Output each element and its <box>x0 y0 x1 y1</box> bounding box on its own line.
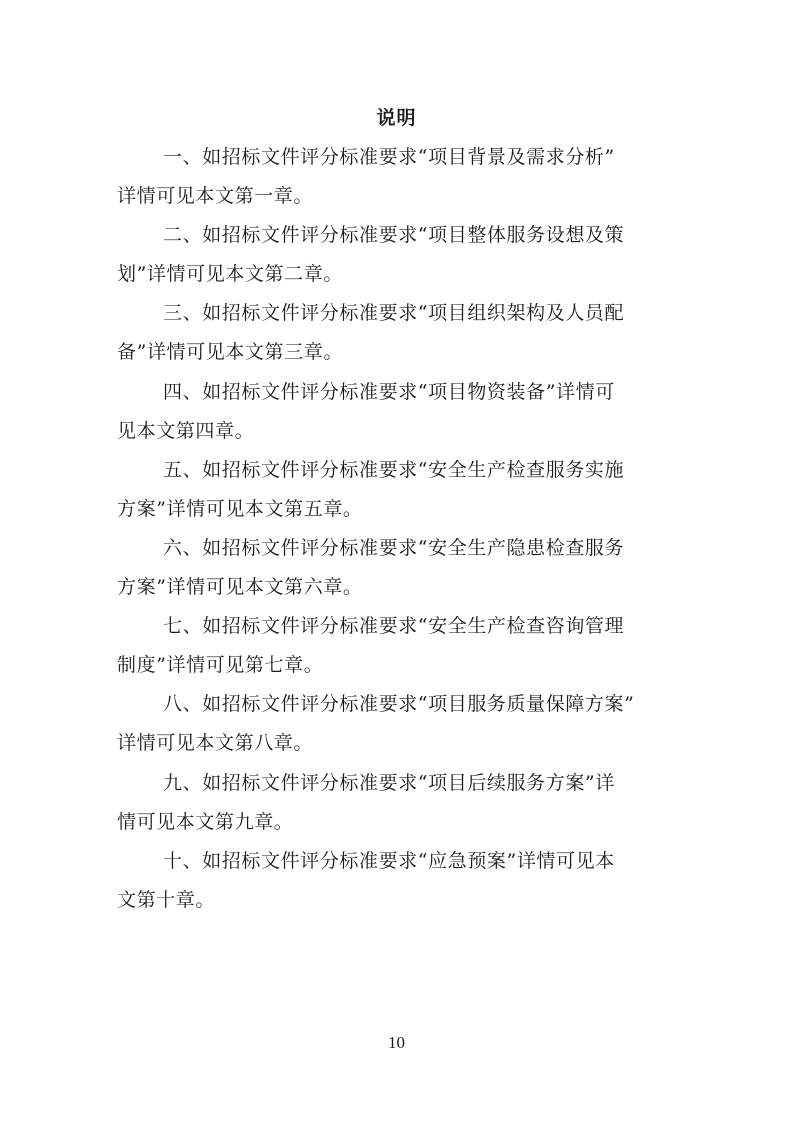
paragraph-line: 十、如招标文件评分标准要求“应急预案”详情可见本 <box>117 846 679 885</box>
document-body: 一、如招标文件评分标准要求“项目背景及需求分析” 详情可见本文第一章。 二、如招… <box>117 142 679 924</box>
paragraph-3: 三、如招标文件评分标准要求“项目组织架构及人员配 备”详情可见本文第三章。 <box>117 298 679 376</box>
paragraph-line: 五、如招标文件评分标准要求“安全生产检查服务实施 <box>117 455 679 494</box>
document-page: 说明 一、如招标文件评分标准要求“项目背景及需求分析” 详情可见本文第一章。 二… <box>0 0 793 1122</box>
paragraph-4: 四、如招标文件评分标准要求“项目物资装备”详情可 见本文第四章。 <box>117 377 679 455</box>
paragraph-line: 方案”详情可见本文第五章。 <box>117 494 679 533</box>
paragraph-line: 方案”详情可见本文第六章。 <box>117 572 679 611</box>
paragraph-9: 九、如招标文件评分标准要求“项目后续服务方案”详 情可见本文第九章。 <box>117 768 679 846</box>
page-number: 10 <box>0 1032 793 1054</box>
paragraph-8: 八、如招标文件评分标准要求“项目服务质量保障方案” 详情可见本文第八章。 <box>117 689 679 767</box>
paragraph-line: 见本文第四章。 <box>117 416 679 455</box>
paragraph-line: 九、如招标文件评分标准要求“项目后续服务方案”详 <box>117 768 679 807</box>
paragraph-line: 一、如招标文件评分标准要求“项目背景及需求分析” <box>117 142 679 181</box>
paragraph-1: 一、如招标文件评分标准要求“项目背景及需求分析” 详情可见本文第一章。 <box>117 142 679 220</box>
paragraph-line: 详情可见本文第一章。 <box>117 181 679 220</box>
paragraph-line: 八、如招标文件评分标准要求“项目服务质量保障方案” <box>117 689 679 728</box>
paragraph-line: 六、如招标文件评分标准要求“安全生产隐患检查服务 <box>117 533 679 572</box>
paragraph-line: 详情可见本文第八章。 <box>117 728 679 767</box>
paragraph-line: 制度”详情可见第七章。 <box>117 650 679 689</box>
paragraph-line: 文第十章。 <box>117 885 679 924</box>
paragraph-line: 七、如招标文件评分标准要求“安全生产检查咨询管理 <box>117 611 679 650</box>
paragraph-line: 划”详情可见本文第二章。 <box>117 259 679 298</box>
paragraph-2: 二、如招标文件评分标准要求“项目整体服务设想及策 划”详情可见本文第二章。 <box>117 220 679 298</box>
paragraph-line: 四、如招标文件评分标准要求“项目物资装备”详情可 <box>117 377 679 416</box>
paragraph-line: 情可见本文第九章。 <box>117 807 679 846</box>
paragraph-10: 十、如招标文件评分标准要求“应急预案”详情可见本 文第十章。 <box>117 846 679 924</box>
paragraph-5: 五、如招标文件评分标准要求“安全生产检查服务实施 方案”详情可见本文第五章。 <box>117 455 679 533</box>
paragraph-7: 七、如招标文件评分标准要求“安全生产检查咨询管理 制度”详情可见第七章。 <box>117 611 679 689</box>
paragraph-line: 三、如招标文件评分标准要求“项目组织架构及人员配 <box>117 298 679 337</box>
page-title: 说明 <box>0 104 793 132</box>
paragraph-line: 备”详情可见本文第三章。 <box>117 337 679 376</box>
paragraph-6: 六、如招标文件评分标准要求“安全生产隐患检查服务 方案”详情可见本文第六章。 <box>117 533 679 611</box>
paragraph-line: 二、如招标文件评分标准要求“项目整体服务设想及策 <box>117 220 679 259</box>
